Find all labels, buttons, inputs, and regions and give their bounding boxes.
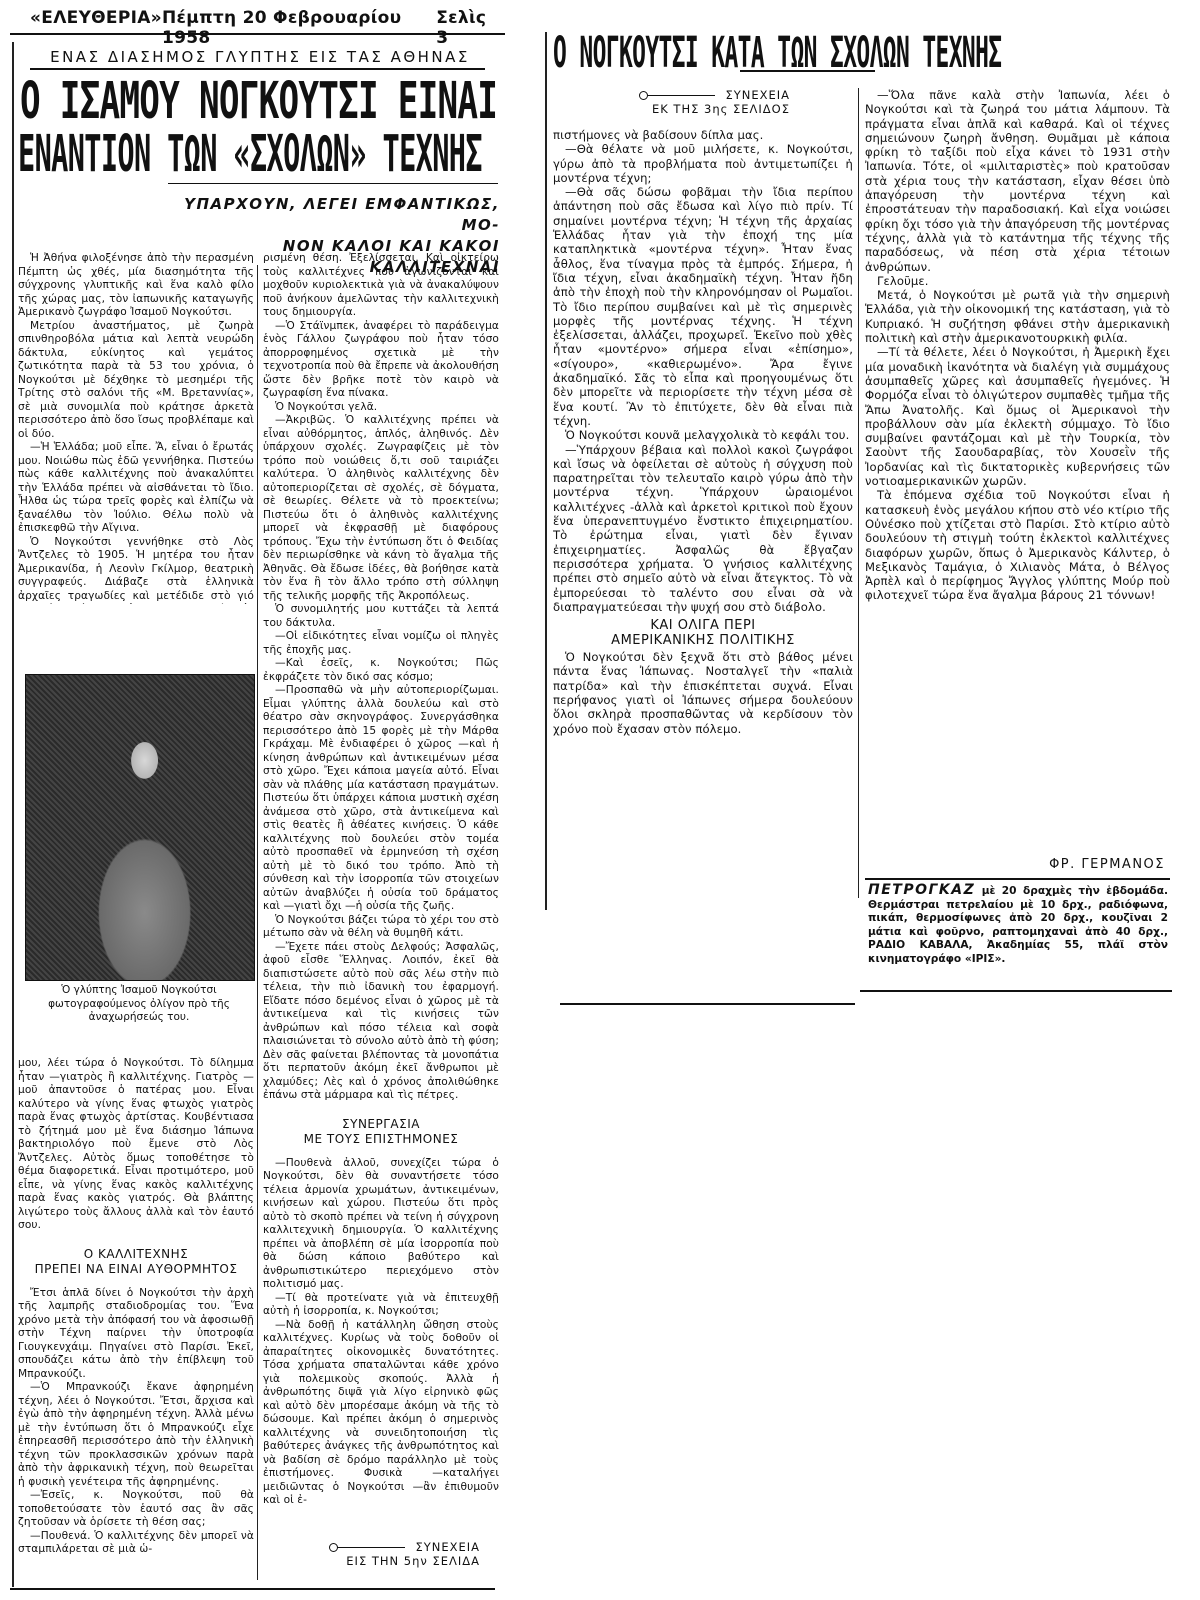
paragraph: Τὰ ἑπόμενα σχέδια τοῦ Νογκούτσι εἶναι ἡ … bbox=[865, 488, 1170, 602]
paragraph: —Ὁ Στάϊνμπεκ, ἀναφέρει τὸ παράδειγμα ἑνὸ… bbox=[263, 320, 499, 401]
article-column-4: —Ὅλα πᾶνε καλὰ στὴν Ἰαπωνία, λέει ὁ Νογκ… bbox=[865, 88, 1170, 843]
masthead-rule bbox=[10, 33, 505, 35]
paragraph: Ἔτσι ἁπλᾶ δίνει ὁ Νογκούτσι τὴν ἀρχὴ τῆς… bbox=[18, 1287, 254, 1382]
continued-page-ref: ΕΚ ΤΗΣ 3ης ΣΕΛΙΔΟΣ bbox=[600, 102, 790, 116]
section-heading-scientists: ΣΥΝΕΡΓΑΣΙΑ ΜΕ ΤΟΥΣ ΕΠΙΣΤΗΜΟΝΕΣ bbox=[263, 1117, 499, 1147]
section-heading-american-politics: ΚΑΙ ΟΛΙΓΑ ΠΕΡΙ ΑΜΕΡΙΚΑΝΙΚΗΣ ΠΟΛΙΤΙΚΗΣ bbox=[553, 618, 853, 648]
column-divider-left bbox=[257, 265, 258, 1580]
advertisement-bottom-rule bbox=[860, 990, 1172, 992]
paragraph: —Προσπαθῶ νὰ μὴν αὐτοπεριορίζωμαι. Εἶμαι… bbox=[263, 684, 499, 914]
paragraph: Ὁ Νογκούτσι γελᾶ. bbox=[263, 401, 499, 415]
headline-line-1: Ο ΙΣΑΜΟΥ ΝΟΓΚΟΥΤΣΙ ΕΙΝΑΙ bbox=[20, 72, 497, 131]
continuation-marker-icon bbox=[335, 1547, 405, 1548]
article-column-3: πιστήμονες νὰ βαδίσουν δίπλα μας. —Θὰ θέ… bbox=[553, 128, 853, 908]
section-heading-line-2: ΑΜΕΡΙΚΑΝΙΚΗΣ ΠΟΛΙΤΙΚΗΣ bbox=[553, 633, 853, 648]
section-heading-line-2: ΠΡΕΠΕΙ ΝΑ ΕΙΝΑΙ ΑΥΘΟΡΜΗΤΟΣ bbox=[18, 1262, 254, 1277]
newspaper-name: «ΕΛΕΥΘΕΡΙΑ» bbox=[30, 8, 162, 48]
section-heading-line-2: ΜΕ ΤΟΥΣ ΕΠΙΣΤΗΜΟΝΕΣ bbox=[263, 1132, 499, 1147]
page-number: Σελὶς 3 bbox=[436, 8, 500, 48]
article-column-2: ρισμένη θέση. Ἐξελίσσεται. Καὶ οἰκτείρω … bbox=[263, 252, 499, 1537]
paragraph: Ὁ συνομιλητής μου κυττάζει τὰ λεπτά του … bbox=[263, 603, 499, 630]
paragraph: —Τί τὰ θέλετε, λέει ὁ Νογκούτσι, ἡ Ἀμερι… bbox=[865, 345, 1170, 488]
continued-label: ΣΥΝΕΧΕΙΑ bbox=[415, 1540, 480, 1554]
paragraph: Γελοῦμε. bbox=[865, 274, 1170, 288]
paragraph: —Ἀκριβῶς. Ὁ καλλιτέχνης πρέπει νὰ εἶναι … bbox=[263, 414, 499, 603]
author-name: ΦΡ. ΓΕΡΜΑΝΟΣ bbox=[1049, 857, 1165, 872]
paragraph: —Οἱ εἰδικότητες εἶναι νομίζω οἱ πληγὲς τ… bbox=[263, 630, 499, 657]
paragraph: —Θὰ σᾶς δώσω φοβᾶμαι τὴν ἴδια περίπου ἀπ… bbox=[553, 185, 853, 428]
paragraph: Ὁ Νογκούτσι κουνᾶ μελαγχολικὰ τὸ κεφάλι … bbox=[553, 428, 853, 442]
paragraph: Ἡ Ἀθήνα φιλοξένησε ἀπὸ τὴν περασμένη Πέμ… bbox=[18, 252, 254, 320]
petrogaz-advertisement: ΠΕΤΡΟΓΚΑΖ μὲ 20 δραχμὲς τὴν ἑβδομάδα. Θε… bbox=[868, 884, 1168, 966]
paragraph: πιστήμονες νὰ βαδίσουν δίπλα μας. bbox=[553, 128, 853, 142]
column-divider-right bbox=[858, 88, 859, 898]
section-heading-line-1: ΚΑΙ ΟΛΙΓΑ ΠΕΡΙ bbox=[553, 618, 853, 633]
paragraph: Ὁ Νογκούτσι δὲν ξεχνᾶ ὅτι στὸ βάθος μένε… bbox=[553, 650, 853, 736]
signature-rule bbox=[865, 878, 1170, 880]
paragraph: —Πουθενὰ ἀλλοῦ, συνεχίζει τώρα ὁ Νογκούτ… bbox=[263, 1157, 499, 1292]
paragraph: —Ἡ Ἑλλάδα; μοῦ εἶπε. Ἄ, εἶναι ὁ ἔρωτάς μ… bbox=[18, 441, 254, 536]
continued-page-ref: ΕΙΣ ΤΗΝ 5ην ΣΕΛΙΔΑ bbox=[300, 1554, 480, 1568]
paragraph: —Θὰ θέλατε νὰ μοῦ μιλήσετε, κ. Νογκούτσι… bbox=[553, 142, 853, 185]
section-heading-artist-spontaneous: Ο ΚΑΛΛΙΤΕΧΝΗΣ ΠΡΕΠΕΙ ΝΑ ΕΙΝΑΙ ΑΥΘΟΡΜΗΤΟΣ bbox=[18, 1247, 254, 1277]
left-border-line bbox=[12, 42, 14, 1587]
paragraph: —Ἔχετε πάει στοὺς Δελφούς; Ἀσφαλῶς, ἀφοῦ… bbox=[263, 941, 499, 1103]
paragraph: —Τί θὰ προτείνατε γιὰ νὰ ἐπιτευχθῇ αὐτὴ … bbox=[263, 1292, 499, 1319]
paragraph: ρισμένη θέση. Ἐξελίσσεται. Καὶ οἰκτείρω … bbox=[263, 252, 499, 320]
sculptor-portrait-photo bbox=[25, 674, 255, 981]
continued-label: ΣΥΝΕΧΕΙΑ bbox=[725, 88, 790, 102]
paragraph: Μετρίου ἀναστήματος, μὲ ζωηρὰ σπινθηροβό… bbox=[18, 320, 254, 442]
continuation-headline-underline bbox=[740, 70, 875, 72]
section-heading-line-1: ΣΥΝΕΡΓΑΣΙΑ bbox=[263, 1117, 499, 1132]
subheadline-line-1: ΥΠΑΡΧΟΥΝ, ΛΕΓΕΙ ΕΜΦΑΝΤΙΚΩΣ, ΜΟ- bbox=[150, 194, 500, 236]
headline-underline bbox=[168, 183, 498, 184]
kicker-underline bbox=[30, 68, 485, 70]
right-border-line bbox=[545, 32, 547, 910]
paragraph: μου, λέει τώρα ὁ Νογκούτσι. Τὸ δίλημμα ἦ… bbox=[18, 1057, 254, 1233]
page-bottom-rule bbox=[10, 1588, 495, 1590]
paragraph: Ὁ Νογκούτσι βάζει τώρα τὸ χέρι του στὸ μ… bbox=[263, 914, 499, 941]
continuation-marker-icon bbox=[645, 95, 715, 96]
article-column-1-bottom: μου, λέει τώρα ὁ Νογκούτσι. Τὸ δίλημμα ἦ… bbox=[18, 1057, 254, 1585]
paragraph: —Ὅλα πᾶνε καλὰ στὴν Ἰαπωνία, λέει ὁ Νογκ… bbox=[865, 88, 1170, 274]
ad-brand: ΠΕΤΡΟΓΚΑΖ bbox=[868, 882, 975, 898]
paragraph: —Ἐσεῖς, κ. Νογκούτσι, ποῦ θὰ τοποθετούσα… bbox=[18, 1489, 254, 1530]
headline-line-2: ΕΝΑΝΤΙΟΝ ΤΩΝ «ΣΧΟΛΩΝ» ΤΕΧΝΗΣ bbox=[18, 125, 482, 184]
article-kicker: ΕΝΑΣ ΔΙΑΣΗΜΟΣ ΓΛΥΠΤΗΣ ΕΙΣ ΤΑΣ ΑΘΗΝΑΣ bbox=[20, 48, 500, 66]
masthead: «ΕΛΕΥΘΕΡΙΑ» Πέμπτη 20 Φεβρουαρίου 1958 Σ… bbox=[30, 8, 500, 48]
section-heading-line-1: Ο ΚΑΛΛΙΤΕΧΝΗΣ bbox=[18, 1247, 254, 1262]
paragraph: —Πουθενά. Ὁ καλλιτέχνης δὲν μπορεῖ νὰ στ… bbox=[18, 1530, 254, 1557]
continued-from-page-3: ΣΥΝΕΧΕΙΑ ΕΚ ΤΗΣ 3ης ΣΕΛΙΔΟΣ bbox=[600, 88, 790, 116]
issue-date: Πέμπτη 20 Φεβρουαρίου 1958 bbox=[162, 8, 436, 48]
paragraph: Ὁ Νογκούτσι γεννήθηκε στὸ Λὸς Ἄντζελες τ… bbox=[18, 536, 254, 605]
continued-on-page-5: ΣΥΝΕΧΕΙΑ ΕΙΣ ΤΗΝ 5ην ΣΕΛΙΔΑ bbox=[300, 1540, 480, 1568]
paragraph: Μετά, ὁ Νογκούτσι μὲ ρωτᾶ γιὰ τὴν σημερι… bbox=[865, 288, 1170, 345]
column-3-bottom-rule bbox=[560, 1003, 855, 1005]
paragraph: —Καὶ ἐσεῖς, κ. Νογκούτσι; Πῶς ἐκφράζετε … bbox=[263, 657, 499, 684]
photo-caption: Ὁ γλύπτης Ἰσαμοῦ Νογκούτσι φωτογραφούμεν… bbox=[25, 984, 253, 1025]
paragraph: —Νὰ δοθῇ ἡ κατάλληλη ὤθηση στοὺς καλλιτέ… bbox=[263, 1319, 499, 1508]
author-signature: ΦΡ. ΓΕΡΜΑΝΟΣ bbox=[900, 857, 1165, 872]
article-column-1-top: Ἡ Ἀθήνα φιλοξένησε ἀπὸ τὴν περασμένη Πέμ… bbox=[18, 252, 254, 604]
paragraph: —Ὁ Μπρανκούζι ἔκανε ἀφηρημένη τέχνη, λέε… bbox=[18, 1381, 254, 1489]
paragraph: —Ὑπάρχουν βέβαια καὶ πολλοὶ κακοὶ ζωγράφ… bbox=[553, 443, 853, 615]
